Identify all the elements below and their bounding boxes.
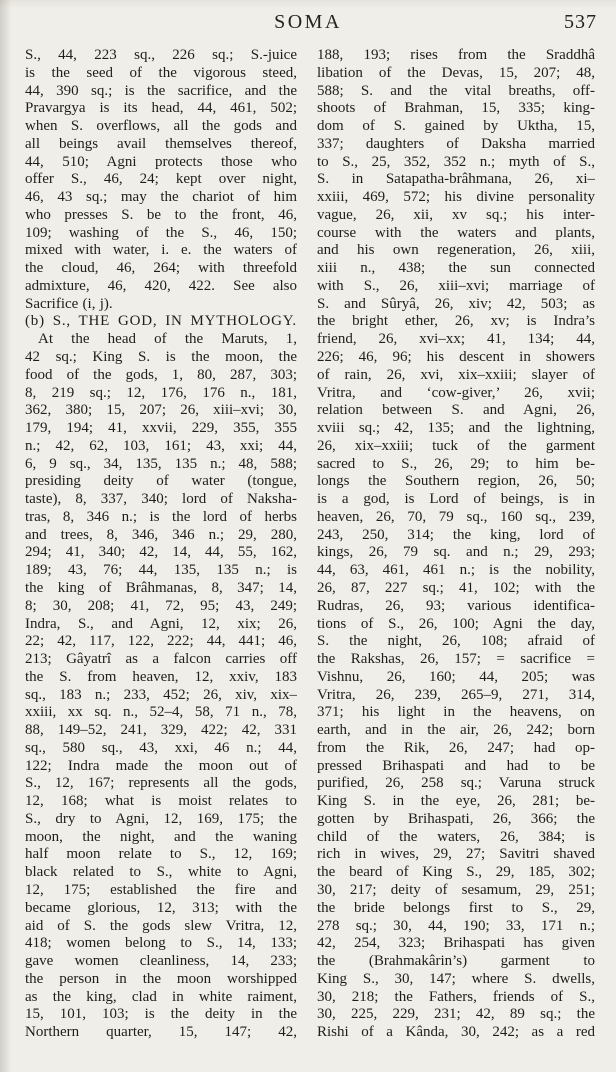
text-line: gave women cleanliness, 14, 233; (25, 953, 297, 971)
text-line: 44, 510; Agni protects those who (25, 154, 297, 172)
text-line: 88, 149–52, 241, 329, 422; 42, 331 (25, 722, 297, 740)
right-column: 188, 193; rises from the Sraddhâlibation… (317, 47, 595, 1042)
text-line: 22; 42, 117, 122, 222; 44, 441; 46, (25, 633, 297, 651)
text-line: King S., 30, 147; where S. dwells, (317, 971, 595, 989)
text-line: relation between S. and Agni, 26, (317, 402, 595, 420)
text-line: the (Brahmakârin’s) garment to (317, 953, 595, 971)
text-line: 109; washing of the S., 46, 150; (25, 225, 297, 243)
text-line: with S., 26, xiii–xvi; marriage of (317, 278, 595, 296)
text-line: 26, xix–xxiii; tuck of the garment (317, 438, 595, 456)
text-line: Indra, S., and Agni, 12, xix; 26, (25, 616, 297, 634)
text-line: earth, and in the air, 26, 242; born (317, 722, 595, 740)
text-line: moon, the night, and the waning (25, 829, 297, 847)
text-line: sacred to S., 26, 29; to him be- (317, 456, 595, 474)
text-line: 278 sq.; 30, 44, 190; 33, 171 n.; (317, 918, 595, 936)
text-line: sq., 580 sq., 43, xxi, 46 n.; 44, (25, 740, 297, 758)
text-line: all beings avail themselves thereof, (25, 136, 297, 154)
text-line: the bright ether, 26, xv; is Indra’s (317, 313, 595, 331)
text-line: xviii sq.; 42, 135; and the lightning, (317, 420, 595, 438)
text-line: 588; S. and the vital breaths, off- (317, 83, 595, 101)
text-line: 179, 194; 41, xxvii, 229, 355, 355 (25, 420, 297, 438)
text-line: sq., 183 n.; 233, 452; 26, xiv, xix– (25, 687, 297, 705)
text-line: Rishi of a Kânda, 30, 242; as a red (317, 1024, 595, 1042)
page-number: 537 (564, 11, 597, 34)
text-line: 8; 30, 208; 41, 72, 95; 43, 249; (25, 598, 297, 616)
text-line: the bride belongs first to S., 29, (317, 900, 595, 918)
text-line: who presses S. be to the front, 46, (25, 207, 297, 225)
text-line: is the seed of the vigorous steed, (25, 65, 297, 83)
text-line: vague, 26, xii, xv sq.; his inter- (317, 207, 595, 225)
text-line: 44, 63, 461, 461 n.; is the nobility, (317, 562, 595, 580)
text-line: became glorious, 12, 313; with the (25, 900, 297, 918)
text-line: purified, 26, 258 sq.; Varuna struck (317, 775, 595, 793)
text-line: and trees, 8, 346, 346 n.; 29, 280, (25, 527, 297, 545)
text-line: 42, 254, 323; Brihaspati has given (317, 935, 595, 953)
text-line: Rudras, 26, 93; various identifica- (317, 598, 595, 616)
text-line: 226; 46, 96; his descent in showers (317, 349, 595, 367)
text-line: S. the night, 26, 108; afraid of (317, 633, 595, 651)
text-line: 294; 41, 340; 42, 14, 44, 55, 162, (25, 544, 297, 562)
text-line: when S. overflows, all the gods and (25, 118, 297, 136)
text-line: 30, 225, 229, 231; 42, 89 sq.; the (317, 1006, 595, 1024)
text-line: 15, 101, 103; is the deity in the (25, 1006, 297, 1024)
text-line: 188, 193; rises from the Sraddhâ (317, 47, 595, 65)
page-title: SOMA (0, 11, 616, 34)
text-line: 30, 218; the Fathers, friends of S., (317, 989, 595, 1007)
text-line: 189; 43, 76; 44, 135, 135 n.; is (25, 562, 297, 580)
text-line: (b) S., THE GOD, IN MYTHOLOGY. (25, 313, 297, 331)
text-line: aid of S. the gods slew Vritra, 12, (25, 918, 297, 936)
text-line: the beard of King S., 29, 185, 302; (317, 864, 595, 882)
text-line: presiding deity of water (tongue, (25, 473, 297, 491)
text-line: Vritra, 26, 239, 265–9, 271, 314, (317, 687, 595, 705)
text-line: 418; women belong to S., 14, 133; (25, 935, 297, 953)
text-line: the S. from heaven, 12, xxiv, 183 (25, 669, 297, 687)
text-line: Northern quarter, 15, 147; 42, (25, 1024, 297, 1042)
book-page: SOMA 537 S., 44, 223 sq., 226 sq.; S.-ju… (0, 0, 616, 1072)
text-line: S., dry to Agni, 12, 169, 175; the (25, 811, 297, 829)
text-line: S. in Satapatha-brâhmana, 26, xi– (317, 171, 595, 189)
text-line: Vritra, and ‘cow-giver,’ 26, xvii; (317, 385, 595, 403)
text-line: the person in the moon worshipped (25, 971, 297, 989)
text-line: 8, 219 sq.; 12, 176, 176 n., 181, (25, 385, 297, 403)
text-line: of rain, 26, xvi, xix–xxiii; slayer of (317, 367, 595, 385)
scan-gutter-shadow (0, 0, 14, 1072)
text-line: S., 44, 223 sq., 226 sq.; S.-juice (25, 47, 297, 65)
text-line: 30, 217; deity of sesamum, 29, 251; (317, 882, 595, 900)
text-line: 12, 175; established the fire and (25, 882, 297, 900)
text-line: S. and Sûryâ, 26, xiv; 42, 503; as (317, 296, 595, 314)
text-line: S., 12, 167; represents all the gods, (25, 775, 297, 793)
text-line: course with the waters and plants, (317, 225, 595, 243)
text-line: from the Rik, 26, 247; had op- (317, 740, 595, 758)
text-line: taste), 8, 337, 340; lord of Naksha- (25, 491, 297, 509)
text-line: 42 sq.; King S. is the moon, the (25, 349, 297, 367)
text-line: tras, 8, 346 n.; is the lord of herbs (25, 509, 297, 527)
text-line: mixed with water, i. e. the waters of (25, 242, 297, 260)
text-line: as the king, clad in white raiment, (25, 989, 297, 1007)
text-line: kings, 26, 79 sq. and n.; 29, 293; (317, 544, 595, 562)
text-line: 243, 250, 314; the king, lord of (317, 527, 595, 545)
text-line: offer S., 46, 24; kept over night, (25, 171, 297, 189)
text-line: At the head of the Maruts, 1, (25, 331, 297, 349)
running-header: SOMA 537 (0, 11, 616, 37)
text-line: and his own regeneration, 26, xiii, (317, 242, 595, 260)
text-line: longs the Southern region, 26, 50; (317, 473, 595, 491)
text-line: tions of S., 26, 100; Agni the day, (317, 616, 595, 634)
text-line: 371; his light in the heavens, on (317, 704, 595, 722)
text-line: Vishnu, 26, 160; 44, 205; was (317, 669, 595, 687)
text-line: 26, 87, 227 sq.; 41, 102; with the (317, 580, 595, 598)
text-line: 122; Indra made the moon out of (25, 758, 297, 776)
text-line: 44, 390 sq.; is the sacrifice, and the (25, 83, 297, 101)
text-line: 213; Gâyatrî as a falcon carries off (25, 651, 297, 669)
text-line: shoots of Brahman, 15, 335; king- (317, 100, 595, 118)
text-line: half moon relate to S., 12, 169; (25, 846, 297, 864)
text-line: admixture, 46, 420, 422. See also (25, 278, 297, 296)
text-line: the king of Brâhmanas, 8, 347; 14, (25, 580, 297, 598)
text-line: heaven, 26, 70, 79 sq., 160 sq., 239, (317, 509, 595, 527)
text-line: Pravargya is its head, 44, 461, 502; (25, 100, 297, 118)
text-line: 12, 168; what is moist relates to (25, 793, 297, 811)
text-line: child of the waters, 26, 384; is (317, 829, 595, 847)
text-line: the Rakshas, 26, 157; = sacrifice = (317, 651, 595, 669)
text-line: rich in wives, 29, 27; Savitri shaved (317, 846, 595, 864)
text-line: xxiii, xx sq. n., 52–4, 58, 71 n., 78, (25, 704, 297, 722)
text-line: food of the gods, 1, 80, 287, 303; (25, 367, 297, 385)
text-line: black related to S., white to Agni, (25, 864, 297, 882)
left-column: S., 44, 223 sq., 226 sq.; S.-juiceis the… (25, 47, 297, 1042)
text-line: is a god, is Lord of beings, is in (317, 491, 595, 509)
scan-top-shadow (0, 0, 616, 8)
text-line: the cloud, 46, 264; with threefold (25, 260, 297, 278)
text-line: dom of S. gained by Uktha, 15, (317, 118, 595, 136)
text-line: 337; daughters of Daksha married (317, 136, 595, 154)
text-line: n.; 42, 62, 103, 161; 43, xxi; 44, (25, 438, 297, 456)
text-line: 6, 9 sq., 34, 135, 135 n.; 48, 588; (25, 456, 297, 474)
text-line: friend, 26, xvi–xx; 41, 134; 44, (317, 331, 595, 349)
text-line: King S. in the eye, 26, 281; be- (317, 793, 595, 811)
text-line: xiii n., 438; the sun connected (317, 260, 595, 278)
text-line: to S., 25, 352, 352 n.; myth of S., (317, 154, 595, 172)
text-line: libation of the Devas, 15, 207; 48, (317, 65, 595, 83)
text-line: gotten by Brihaspati, 26, 366; the (317, 811, 595, 829)
text-line: pressed Brihaspati and had to be (317, 758, 595, 776)
text-line: 362, 380; 15, 207; 26, xiii–xvi; 30, (25, 402, 297, 420)
text-line: Sacrifice (i, j). (25, 296, 297, 314)
text-line: xxiii, 469, 572; his divine personality (317, 189, 595, 207)
text-line: 46, 43 sq.; may the chariot of him (25, 189, 297, 207)
